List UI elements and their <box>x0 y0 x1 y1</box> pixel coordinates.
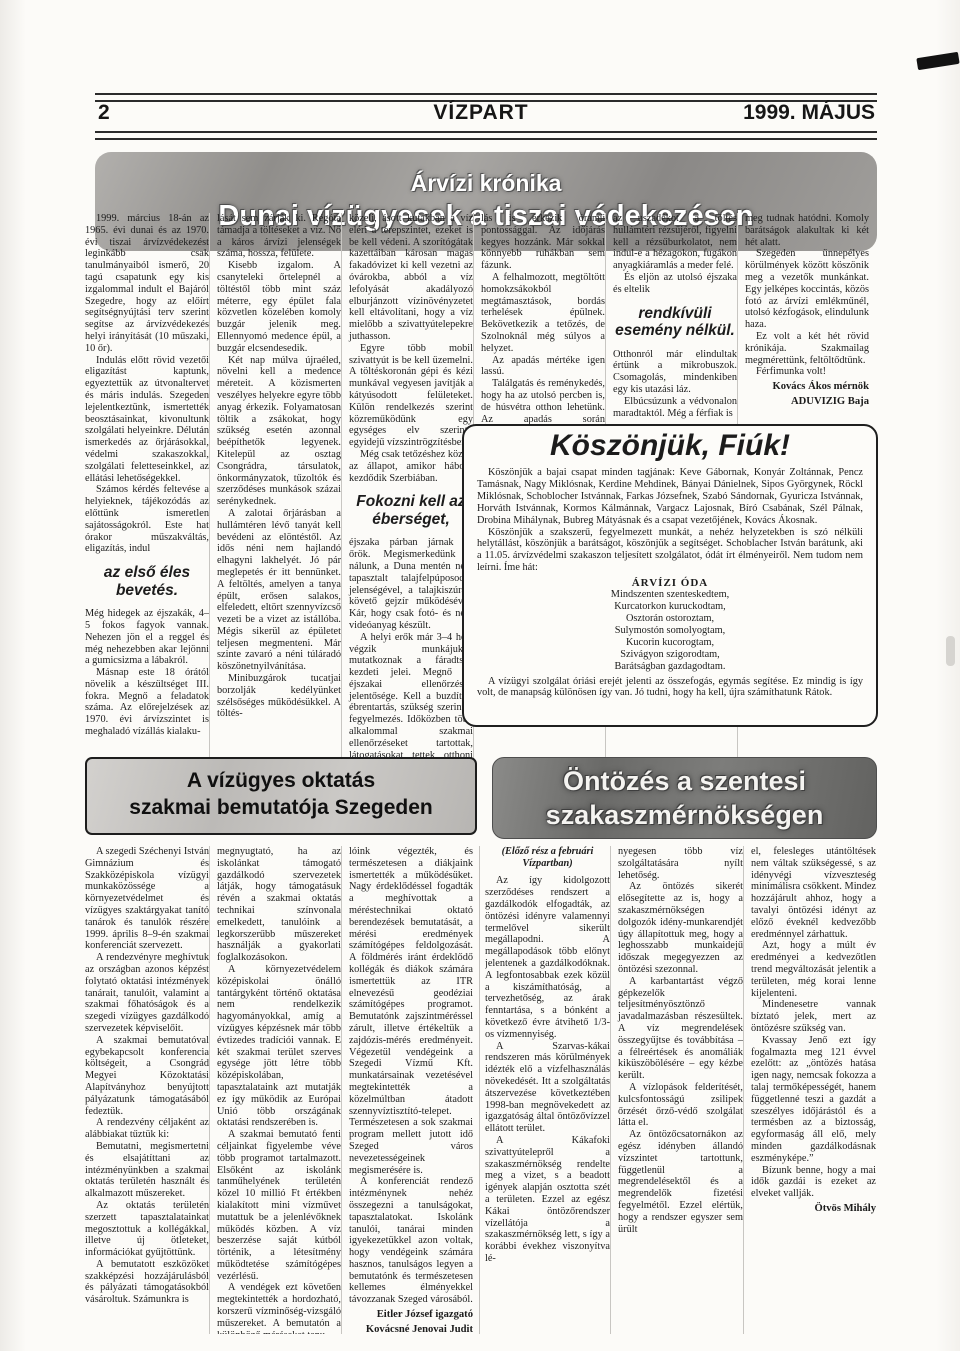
paragraph: Bízunk benne, hogy a mai idők gazdái is … <box>751 1165 876 1200</box>
irrigation-section-header: Öntözés a szentesi szakaszmérnökségen <box>492 757 877 839</box>
text-column: közeli, ásott kutakban a víz eléri a ter… <box>341 213 473 760</box>
ode-title: ÁRVÍZI ÓDA <box>477 577 863 589</box>
paragraph: Két nap múlva újraéled, növelni kell a m… <box>217 355 341 508</box>
paragraph: A szakmai bemutatóval egybekapcsolt konf… <box>85 1035 209 1118</box>
paragraph: az uszadékot a töltés hullámtéri rézsűjé… <box>613 213 737 272</box>
thanks-box: Köszönjük, Fiúk! Köszönjük a bajai csapa… <box>462 424 878 727</box>
paragraph: közeli, ásott kutakban a víz eléri a ter… <box>349 213 473 343</box>
signature: Eitler József igazgató <box>349 1308 473 1321</box>
signature: ADUVIZIG Baja <box>745 395 869 408</box>
text-column: lását sem zárják ki. Régóta támadja a tö… <box>209 213 341 760</box>
paragraph: Az apadás mértéke igen lassú. <box>481 355 605 379</box>
text-column: lóink végezték, és természetesen a diákj… <box>341 846 473 1334</box>
paragraph: A konferenciát rendező intézménynek nehé… <box>349 1176 473 1306</box>
paragraph: lás is érkezik óramű pontossággal. Az id… <box>481 213 605 272</box>
paragraph: Kvassay Jenő ezt így fogalmazta meg 121 … <box>751 1035 876 1165</box>
education-section-header: A vízügyes oktatás szakmai bemutatója Sz… <box>85 757 477 835</box>
thanks-box-title: Köszönjük, Fiúk! <box>477 429 863 463</box>
paragraph: Bemutatni, megismertetni és elsajátíttan… <box>85 1141 209 1200</box>
paragraph: Ez volt a két hét rövid krónikája. Szakm… <box>745 331 869 366</box>
banner-kicker: Árvízi krónika <box>411 170 562 197</box>
paragraph: A vízügyi szolgálat óriási erejét jelent… <box>477 676 863 700</box>
paragraph: Még csak tetőzéshez közeli az állapot, a… <box>349 449 473 484</box>
scan-artifact <box>916 52 959 70</box>
article-subhead: az első éles bevetés. <box>85 564 209 599</box>
text-column: (Előző rész a februári Vízpartban)Az így… <box>485 846 610 1334</box>
education-title-line1: A vízügyes oktatás <box>87 768 475 794</box>
text-column: megnyugtató, ha az iskolánkat támogató g… <box>209 846 341 1334</box>
signature: Kovácsné Jenovai Judit igazgatóhelyettes <box>349 1323 473 1334</box>
paragraph: A szegedi Széchenyi István Gimnázium és … <box>85 846 209 952</box>
paragraph: Azt, hogy a múlt év eredményei a kedvező… <box>751 940 876 999</box>
paragraph: Számos kérdés feltevése a helyieknek, tá… <box>85 484 209 555</box>
header-rule-bottom <box>95 131 877 140</box>
paragraph: Másnap este 18 órától növelik a készülts… <box>85 667 209 738</box>
paragraph: Kisebb izgalom. A csanyteleki őrtelepnél… <box>217 260 341 354</box>
paragraph: el, felesleges utántöltések nem váltak s… <box>751 846 876 940</box>
paragraph: meg tudnak hatódni. Komoly barátságok al… <box>745 213 869 248</box>
paragraph: éjszaka párban járnak az őrök. Megismerk… <box>349 537 473 631</box>
paragraph: Férfimunka volt! <box>745 366 869 378</box>
text-column: el, felesleges utántöltések nem váltak s… <box>743 846 876 1334</box>
paragraph: Mindenesetre vannak bíztató jelek, mert … <box>751 999 876 1034</box>
ode-line: Mindszenten szenteskedtem, <box>477 589 863 601</box>
text-column: A szegedi Széchenyi István Gimnázium és … <box>85 846 209 1334</box>
irrigation-title-line1: Öntözés a szentesi <box>493 765 876 798</box>
paragraph: A bemutatott eszközöket szakképzési hozz… <box>85 1259 209 1306</box>
newspaper-page: 2 VÍZPART 1999. MÁJUS Árvízi krónika Dun… <box>0 0 960 1351</box>
paragraph: Egyre több mobil szivattyút is be kell ü… <box>349 343 473 449</box>
paragraph: Az oktatás területén szerzett tapasztala… <box>85 1200 209 1259</box>
paragraph: Minibuzgárok tucatjai borzolják kedélyün… <box>217 673 341 720</box>
text-column: 1999. március 18-án az 1965. évi dunai é… <box>85 213 209 760</box>
article-subhead: Fokozni kell az éberséget, <box>349 493 473 528</box>
paragraph: lóink végezték, és természetesen a diákj… <box>349 846 473 1176</box>
paragraph: A Szarvas-kákai rendszeren más körülmény… <box>485 1041 610 1135</box>
paragraph: Indulás előtt rövid vezetői eligazítást … <box>85 355 209 485</box>
paragraph: 1999. március 18-án az 1965. évi dunai é… <box>85 213 209 355</box>
paragraph: És eljön az utolsó éjszaka és eltelik <box>613 272 737 296</box>
ode-line: Osztorán ostoroztam, <box>477 613 863 625</box>
irrigation-title-line2: szakaszmérnökségen <box>493 798 876 833</box>
education-title-line2: szakmai bemutatója Szegeden <box>87 794 475 822</box>
paragraph: A vízlopások felderítését, kulcsfontossá… <box>618 1082 743 1129</box>
paragraph: Elbúcsúzunk a védvonalon maradtaktól. Mé… <box>613 396 737 420</box>
paragraph: A környezetvédelem középiskolai önálló t… <box>217 964 341 1129</box>
education-article-columns: A szegedi Széchenyi István Gimnázium és … <box>85 846 477 1334</box>
ode-line: Szivágyon szigorodtam, <box>477 649 863 661</box>
paragraph: A Kákafoki szivattyútelepről a szakaszmé… <box>485 1135 610 1265</box>
paragraph: Köszönjük a bajai csapat minden tagjának… <box>477 467 863 527</box>
signature: Ötvös Mihály <box>751 1202 876 1215</box>
paragraph: lását sem zárják ki. Régóta támadja a tö… <box>217 213 341 260</box>
paragraph: Köszönjük a szakszerű, fegyelmezett munk… <box>477 527 863 575</box>
paragraph: A karbantartást végző gépkezelők teljesí… <box>618 976 743 1082</box>
paragraph: Még hidegek az éjszakák, 4–5 fokos fagyo… <box>85 608 209 667</box>
ode-line: Barátságban gazdagodtam. <box>477 661 863 673</box>
paragraph: A zalotai őrjárásban a hullámtéren lévő … <box>217 508 341 673</box>
article-subhead: rendkívüli esemény nélkül. <box>613 305 737 340</box>
ode-line: Sulymostón somolyogtam, <box>477 625 863 637</box>
scan-artifact <box>946 636 955 666</box>
ode-lines: Mindszenten szenteskedtem,Kurcatorkon ku… <box>477 589 863 672</box>
paragraph: Az öntözőcsatornákon az egész idényben á… <box>618 1129 743 1235</box>
paragraph: A helyi erők már 3–4 hete végzik munkáju… <box>349 632 473 760</box>
paragraph: megnyugtató, ha az iskolánkat támogató g… <box>217 846 341 964</box>
text-column: nyegesen több víz szolgáltatására nyílt … <box>610 846 743 1334</box>
paragraph: A vendégek ezt követően megtekintették a… <box>217 1282 341 1334</box>
paragraph: A rendezvény céljaként az alábbiakat tűz… <box>85 1117 209 1141</box>
paragraph: A felhalmozott, megtöltött homokzsákokbó… <box>481 272 605 355</box>
irrigation-article-columns: (Előző rész a februári Vízpartban)Az így… <box>479 846 883 1334</box>
series-note: (Előző rész a februári Vízpartban) <box>485 846 610 870</box>
paragraph: nyegesen több víz szolgáltatására nyílt … <box>618 846 743 881</box>
paragraph: A rendezvényre meghívtuk az országban az… <box>85 952 209 1035</box>
issue-date: 1999. MÁJUS <box>743 101 875 125</box>
signature: Kovács Ákos mérnök <box>745 380 869 393</box>
ode-line: Kucorin kucorogtam, <box>477 637 863 649</box>
paragraph: A szakmai bemutató fenti céljainkat figy… <box>217 1129 341 1282</box>
paragraph: Az öntözés sikerét elősegítette az is, h… <box>618 881 743 975</box>
paragraph: Szegeden ünnepélyes körülmények között k… <box>745 248 869 331</box>
paragraph: Az így kidolgozott szerződéses rendszert… <box>485 875 610 1040</box>
ode-line: Kurcatorkon kuruckodtam, <box>477 601 863 613</box>
paragraph: Otthonról már elindultak értünk a mikrob… <box>613 349 737 396</box>
